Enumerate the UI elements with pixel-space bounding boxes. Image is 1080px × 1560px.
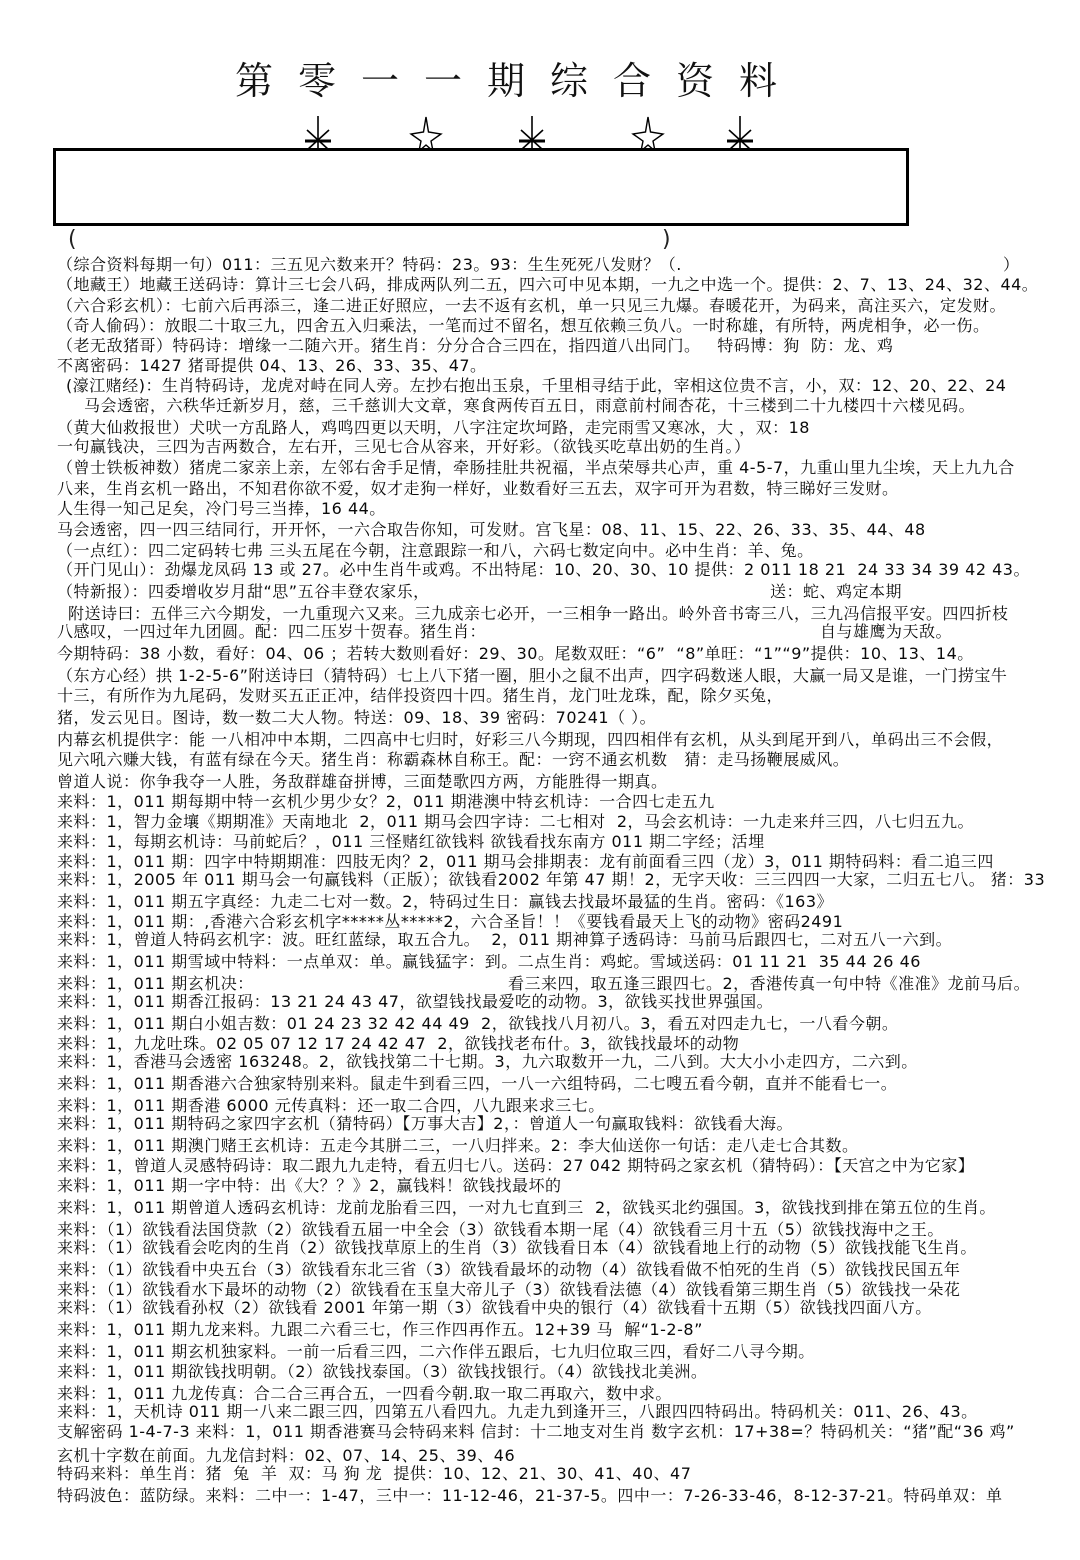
text-line: 来料：1，011 期每期中特一玄机少男少女？2，011 期港澳中特玄机诗：一合四…	[57, 792, 715, 812]
close-paren: )	[662, 228, 671, 252]
text-line: 马会透密，六秩华迁新岁月，慈，三千慈训大文章，寒食两传百五日，雨意前村闹杏花，十…	[84, 396, 975, 416]
outline-star-icon	[631, 116, 665, 152]
text-line: 来料：1，每期玄机诗：马前蛇后？，011 三怪赌红欲钱料 欲钱看找东南方 011…	[57, 832, 765, 852]
text-line: 来料：1，011 期五字真经：九走二七对一数。2，特码过生日：赢钱去找最坏最猛的…	[57, 892, 833, 912]
text-line: 来料：1，曾道人灵感特码诗：取二跟九九走特，看五归七八。送码：27 042 期特…	[57, 1156, 974, 1176]
text-line: 猪，发云见日。图诗，数一数二大人物。特送：09、18、39 密码：70241（ …	[57, 708, 656, 728]
text-line: （老无敌猪哥）特码诗：增缘一二随六开。猪生肖：分分合合三四在，指四道八出同门。 …	[57, 336, 893, 356]
text-line: 来料：1，011 期九龙来料。九跟二六看三七，作三作四再作五。12+39 马 解…	[57, 1320, 703, 1340]
text-line: 今期特码：38 小数，看好：04、06 ；若转大数则看好：29、30。尾数双旺：…	[57, 644, 974, 664]
text-line: （曾士铁板神数）猪虎二家亲上亲，左邻右舍手足情，牵肠挂肚共祝福，半点荣辱共心声，…	[57, 458, 1015, 478]
text-line: （黄大仙救报世）犬吠一方乱路人，鸡鸣四更以天明，八字注定坎坷路，走完雨雪又寒冰，…	[57, 418, 810, 438]
text-line: 来料：1，2005 年 011 期马会一句赢钱料（正版）；欲钱看2002 年第 …	[57, 870, 1045, 890]
text-line: 来料：1，天机诗 011 期一八来二跟三四，四第五八看四九。九走九到逢开三，八跟…	[57, 1402, 978, 1422]
text-line: 特码来料：单生肖：猪 兔 羊 双：马 狗 龙 提供：10、12、21、30、41…	[57, 1464, 691, 1484]
text-line: 来料：1，011 期：四字中特期期准：四肢无肉？2，011 期马会排期表：龙有前…	[57, 852, 994, 872]
text-line: 支解密码 1-4-7-3 来料：1，011 期香港赛马会特码来料 信封：十二地支…	[57, 1422, 1015, 1442]
text-line: 八来，生肖玄机一路出，不知君你欲不爱，奴才走狗一样好，业数看好三五去，双字可开为…	[57, 479, 899, 499]
text-line: （地藏王）地藏王送码诗：算计三七会八码，排成两队列二五，四六可中见本期，一九之中…	[57, 275, 1038, 295]
text-line: 内幕玄机提供字：能 一八相冲中本期，二四高中七归时，好彩三八今期现，四四相伴有玄…	[57, 730, 1003, 750]
text-line: 来料：（1）欲钱看会吃肉的生肖（2）欲钱找草原上的生肖（3）欲钱看日本（4）欲钱…	[57, 1238, 977, 1258]
text-line: 不离密码：1427 猪哥提供 04、13、26、33、35、47。	[57, 356, 487, 376]
header-blank-box	[53, 148, 909, 226]
text-line: 来料：1，011 期曾道人透码玄机诗：龙前龙胎看三四，一对九七直到三 2，欲钱买…	[57, 1198, 996, 1218]
text-line: 来料：1，011 期香港六合独家特别来料。鼠走牛到看三四，一八一六组特码，二七嗖…	[57, 1074, 897, 1094]
text-line: 来料：1，011 期欲钱找明朝。（2）欲钱找泰国。（3）欲钱找银行。（4）欲钱找…	[57, 1362, 707, 1382]
text-line: 来料：1，011 期特码之家四字玄机（猜特码）【万事大吉】2，：曾道人一句赢取钱…	[57, 1114, 793, 1134]
open-paren: (	[68, 228, 77, 252]
text-line: （东方心经）拱 1-2-5-6”附送诗曰（猜特码）七上八下猪一圈，胆小之鼠不出声…	[57, 666, 1007, 686]
text-line: （综合资料每期一句）011：三五见六数来开？特码：23。93：生生死死八发财？（…	[57, 255, 682, 275]
asterisk-star-icon	[301, 116, 335, 152]
text-line: 来料：1，011 期白小姐吉数：01 24 23 32 42 44 49 2，欲…	[57, 1014, 898, 1034]
text-line: 来料：1，智力金壤《期期准》天南地北 2，011 期马会四字诗：二七相对 2，马…	[57, 812, 974, 832]
text-line: （一点红）：四二定码转七弗 三头五尾在今朝，注意跟踪一和八，六码七数定向中。必中…	[57, 541, 814, 561]
text-line: 特码波色：蓝防绿。来料：二中一：1-47，三中一：11-12-46，21-37-…	[57, 1486, 1003, 1506]
outline-star-icon	[409, 116, 443, 152]
text-line: （特新报）：四委增收岁月甜“思”五谷丰登农家乐，	[57, 582, 430, 602]
asterisk-star-icon	[515, 116, 549, 152]
text-line: 来料：1，011 期雪域中特料：一点单双：单。赢钱猛字：到。二点生肖：鸡蛇。雪域…	[57, 952, 921, 972]
text-line: （开门见山）：劲爆龙凤码 13 或 27。必中生肖牛或鸡。不出特尾：10、20、…	[57, 560, 1030, 580]
text-line: 来料：1，011 九龙传真：合二合三再合五，一四看今朝.取一取二再取六，数中求。	[57, 1384, 672, 1404]
text-line: (濠江赌经)：生肖特码诗，龙虎对峙在同人旁。左抄右抱出玉泉，千里相寻结于此，宰相…	[66, 376, 1006, 396]
text-line: 马会透密，四一四三结同行，开开怀，一六合取告你知，可发财。宫飞星：08、11、1…	[57, 520, 926, 540]
text-line: 来料：1，011 期香江报码：13 21 24 43 47，欲望钱找最爱吃的动物…	[57, 992, 773, 1012]
text-line-tail: 看三来四，取五逢三跟四七。2，香港传真一句中特《准准》龙前马后。	[508, 974, 1030, 994]
text-line-tail: 自与雄鹰为天敌。	[820, 622, 952, 642]
document-title: 第零一一期综合资料	[235, 58, 802, 104]
text-line: 附送诗曰：五伴三六今期发，一九重现六又来。三九成亲七必开，一三相争一路出。岭外音…	[68, 604, 1009, 624]
text-line-tail: 送：蛇、鸡定本期	[770, 582, 902, 602]
text-line-tail: ）	[1003, 255, 1020, 275]
text-line: 玄机十字数在前面。九龙信封料：02、07、14、25、39、46	[57, 1446, 515, 1466]
text-line: 来料：1，香港马会透密 163248。2，欲钱找第二十七期。3，九六取数开一九，…	[57, 1052, 918, 1072]
text-line: 曾道人说：你争我夺一人胜，务敌群雄奋拼博，三面楚歌四方两，方能胜得一期真。	[57, 772, 668, 792]
text-line: 来料：1，011 期一字中特：出《大？？》2，赢钱料！欲钱找最坏的	[57, 1176, 562, 1196]
text-line: 来料：1，011 期玄机独家料。一前一后看三四，二六作伴五跟后，七九归位取三四，…	[57, 1342, 815, 1362]
text-line: （奇人偷码）：放眼二十取三九，四舍五入归乘法，一笔而过不留名，想互依赖三负八。一…	[57, 316, 990, 336]
text-line: 来料：（1）欲钱看中央五台（3）欲钱看东北三省（3）欲钱看最坏的动物（4）欲钱看…	[57, 1260, 960, 1280]
text-line: 十三，有所作为九尾码，发财买五正正冲，结伴投资四十四。猪生肖，龙门吐龙珠，配，除…	[57, 686, 783, 706]
text-line: 来料：（1）欲钱看法国贷款（2）欲钱看五届一中全会（3）欲钱看本期一尾（4）欲钱…	[57, 1220, 944, 1240]
asterisk-star-icon	[723, 116, 757, 152]
text-line: 八感叹，一四过年九团圆。配：四二压岁十贺春。猪生肖：	[57, 622, 486, 642]
text-line: 来料：1，011 期：,香港六合彩玄机字*****丛*****2，六合圣旨！！《…	[57, 912, 843, 932]
text-line: 见六吼六赚大钱，有蓝有绿在今天。猪生肖：称霸森林自称王。配：一窍不通玄机数 猜：…	[57, 750, 849, 770]
text-line: 人生得一知己足矣，冷门号三当捧，16 44。	[57, 499, 386, 519]
text-line: 一句赢钱决，三四为吉两数合，左右开，三见七合从容来，开好彩。（欲钱买吃草出奶的生…	[57, 437, 751, 457]
text-line: 来料：1，011 期澳门赌王玄机诗：五走今其胼二三，一八归拌来。2：李大仙送你一…	[57, 1136, 859, 1156]
document-page: 第零一一期综合资料 ( ) （综合资料每期一句）011：三五见六数来开？特码：2…	[0, 0, 1080, 1560]
text-line: 来料：1，曾道人特码玄机字：波。旺红蓝绿，取五合九。 2，011 期神算子透码诗…	[57, 930, 952, 950]
text-line: 来料：1，011 期香港 6000 元传真料：还一取二合四，八九跟来求三七。	[57, 1096, 605, 1116]
text-line: 来料：1，九龙吐珠。02 05 07 12 17 24 42 47 2，欲钱找老…	[57, 1034, 739, 1054]
text-line: 来料：（1）欲钱看孙权（2）欲钱看 2001 年第一期（3）欲钱看中央的银行（4…	[57, 1298, 932, 1318]
text-line: 来料：1，011 期玄机决：	[57, 974, 254, 994]
text-line: 来料：（1）欲钱看水下最坏的动物（2）欲钱看在玉皇大帝儿子（3）欲钱看法德（4）…	[57, 1280, 960, 1300]
text-line: （六合彩玄机）：七前六后再添三，逢二进正好照应，一去不返有玄机，单一只见三九爆。…	[57, 296, 1006, 316]
